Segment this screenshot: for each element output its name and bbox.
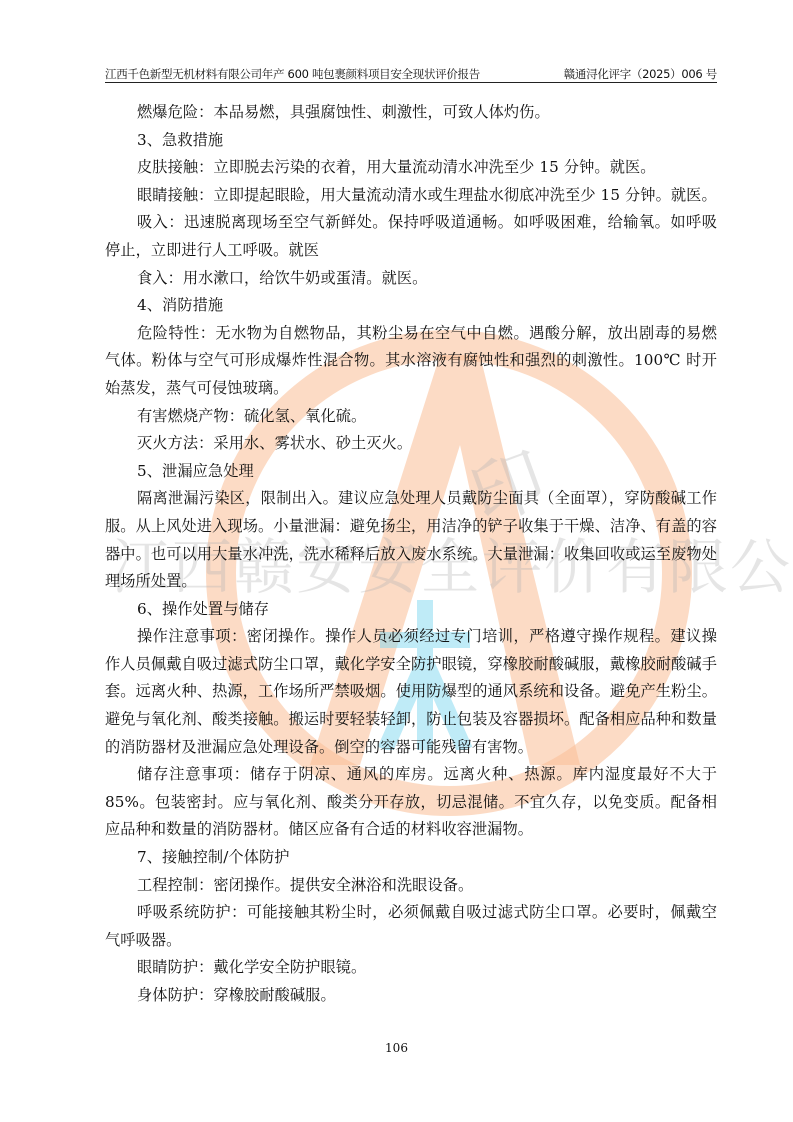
section-heading-firefighting: 4、消防措施 <box>105 292 717 320</box>
section-heading-spill-response: 5、泄漏应急处理 <box>105 458 717 486</box>
paragraph-flammability-hazard: 燃爆危险：本品易燃，具强腐蚀性、刺激性，可致人体灼伤。 <box>105 99 717 127</box>
page-number: 106 <box>0 1041 793 1055</box>
page-header: 江西千色新型无机材料有限公司年产 600 吨包裹颜料项目安全现状评价报告 赣通浔… <box>105 66 717 83</box>
section-heading-first-aid: 3、急救措施 <box>105 127 717 155</box>
paragraph-respiratory-protection: 呼吸系统防护：可能接触其粉尘时，必须佩戴自吸过滤式防尘口罩。必要时，佩戴空气呼吸… <box>105 899 717 954</box>
paragraph-storage-precautions: 储存注意事项：储存于阴凉、通风的库房。远离火种、热源。库内湿度最好不大于 85%… <box>105 761 717 844</box>
paragraph-combustion-products: 有害燃烧产物：硫化氢、氧化硫。 <box>105 403 717 431</box>
paragraph-eye-protection: 眼睛防护：戴化学安全防护眼镜。 <box>105 954 717 982</box>
paragraph-inhalation: 吸入：迅速脱离现场至空气新鲜处。保持呼吸道通畅。如呼吸困难，给输氧。如呼吸停止，… <box>105 209 717 264</box>
paragraph-body-protection: 身体防护：穿橡胶耐酸碱服。 <box>105 982 717 1010</box>
paragraph-handling-precautions: 操作注意事项：密闭操作。操作人员必须经过专门培训，严格遵守操作规程。建议操作人员… <box>105 623 717 761</box>
section-heading-handling-storage: 6、操作处置与储存 <box>105 596 717 624</box>
section-heading-exposure-control: 7、接触控制/个体防护 <box>105 844 717 872</box>
header-report-number: 赣通浔化评字（2025）006 号 <box>564 66 717 82</box>
header-report-title: 江西千色新型无机材料有限公司年产 600 吨包裹颜料项目安全现状评价报告 <box>105 66 480 82</box>
paragraph-spill-procedure: 隔离泄漏污染区，限制出入。建议应急处理人员戴防尘面具（全面罩），穿防酸碱工作服。… <box>105 485 717 595</box>
paragraph-eye-contact: 眼睛接触：立即提起眼睑，用大量流动清水或生理盐水彻底冲洗至少 15 分钟。就医。 <box>105 182 717 210</box>
document-body: 燃爆危险：本品易燃，具强腐蚀性、刺激性，可致人体灼伤。 3、急救措施 皮肤接触：… <box>105 99 717 1010</box>
paragraph-ingestion: 食入：用水漱口，给饮牛奶或蛋清。就医。 <box>105 265 717 293</box>
paragraph-hazard-characteristics: 危险特性：无水物为自燃物品，其粉尘易在空气中自燃。遇酸分解，放出剧毒的易燃气体。… <box>105 320 717 403</box>
paragraph-engineering-control: 工程控制：密闭操作。提供安全淋浴和洗眼设备。 <box>105 872 717 900</box>
paragraph-extinguishing-method: 灭火方法：采用水、雾状水、砂土灭火。 <box>105 430 717 458</box>
paragraph-skin-contact: 皮肤接触：立即脱去污染的衣着，用大量流动清水冲洗至少 15 分钟。就医。 <box>105 154 717 182</box>
